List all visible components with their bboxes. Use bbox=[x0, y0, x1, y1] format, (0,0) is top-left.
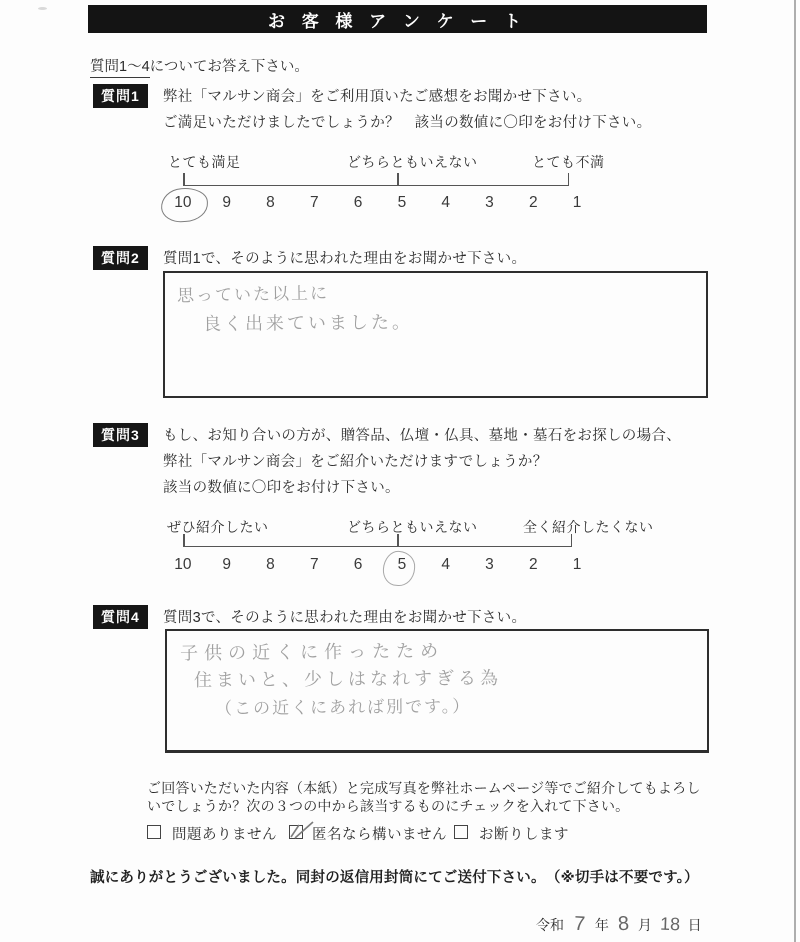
q3-scale-number-3[interactable]: 3 bbox=[468, 556, 512, 574]
q1-scale-numbers: 10 9 8 7 6 5 4 3 2 1 bbox=[161, 194, 599, 212]
q1-scale-bracket bbox=[183, 172, 569, 186]
q4-handwritten-line2: 住まいと、少しはなれすぎる為 bbox=[194, 664, 502, 692]
q3-scale-numbers: 10 9 8 7 6 5 4 3 2 1 bbox=[161, 556, 599, 574]
date-year-handwritten: 7 bbox=[573, 913, 585, 937]
q2-prompt: 質問1で、そのように思われた理由をお聞かせ下さい。 bbox=[163, 246, 526, 272]
q3-scale-number-4[interactable]: 4 bbox=[424, 556, 468, 574]
date-month-handwritten: 8 bbox=[617, 913, 630, 937]
date-day-unit: 日 bbox=[688, 917, 702, 933]
checkbox-no-problem-label[interactable]: 問題ありません bbox=[172, 823, 277, 844]
q2-answer-box[interactable]: 思っていた以上に 良く出来ていました。 bbox=[163, 271, 708, 398]
scan-smudge bbox=[38, 7, 47, 10]
q4-answer-box[interactable]: 子供の近くに作ったため 住まいと、少しはなれすぎる為 （この近くにあれば別です。… bbox=[165, 629, 709, 753]
survey-page: お 客 様 ア ン ケ ー ト 質問1～4についてお答え下さい。 質問1 弊社「… bbox=[0, 0, 800, 942]
checkbox-no-problem[interactable] bbox=[147, 825, 161, 839]
intro-rest: についてお答え下さい。 bbox=[150, 59, 309, 75]
consent-paragraph: ご回答いただいた内容（本紙）と完成写真を弊社ホームページ等でご紹介してもよろし … bbox=[147, 779, 707, 815]
q3-scale-number-1[interactable]: 1 bbox=[555, 556, 599, 574]
q3-label: 質問3 bbox=[93, 423, 148, 447]
checkbox-decline-label[interactable]: お断りします bbox=[479, 823, 569, 844]
q4-prompt: 質問3で、そのように思われた理由をお聞かせ下さい。 bbox=[163, 605, 526, 631]
intro-line: 質問1～4についてお答え下さい。 bbox=[90, 55, 309, 76]
q3-scale-number-2[interactable]: 2 bbox=[511, 556, 555, 574]
q1-selected-circle-mark bbox=[160, 186, 209, 223]
form-title-bar: お 客 様 ア ン ケ ー ト bbox=[88, 5, 707, 33]
q2-handwritten-line2: 良く出来ていました。 bbox=[203, 308, 413, 336]
q1-scale-number-1[interactable]: 1 bbox=[555, 194, 599, 212]
consent-line2: いでしょうか？次の３つの中から該当するものにチェックを入れて下さい。 bbox=[147, 797, 707, 815]
q3-text: もし、お知り合いの方が、贈答品、仏壇・仏具、墓地・墓石をお探しの場合、 弊社「マ… bbox=[163, 423, 723, 501]
q4-handwritten-line1: 子供の近くに作ったため bbox=[180, 637, 444, 666]
q3-text-line1: もし、お知り合いの方が、贈答品、仏壇・仏具、墓地・墓石をお探しの場合、 bbox=[163, 423, 723, 449]
q1-scale-right-label: とても不満 bbox=[532, 152, 605, 172]
q1-scale-number-3[interactable]: 3 bbox=[468, 194, 512, 212]
q4-handwritten-line3: （この近くにあれば別です。） bbox=[215, 692, 471, 719]
q1-scale-number-2[interactable]: 2 bbox=[511, 194, 555, 212]
date-month-unit: 月 bbox=[638, 917, 652, 933]
date-line: 令和 7 年 8 月 18 日 bbox=[536, 913, 786, 936]
q3-scale-bracket bbox=[183, 533, 572, 547]
date-day-handwritten: 18 bbox=[659, 914, 680, 936]
q1-text-line2: ご満足いただけましたでしょうか？ 該当の数値に〇印をお付け下さい。 bbox=[163, 110, 651, 136]
q3-scale-number-9[interactable]: 9 bbox=[205, 556, 249, 574]
intro-underlined: 質問1～4 bbox=[90, 59, 150, 78]
q3-scale-number-6[interactable]: 6 bbox=[336, 556, 380, 574]
q3-bracket-tick-middle bbox=[397, 534, 399, 546]
q1-bracket-tick-middle bbox=[397, 173, 399, 185]
q3-selected-circle-mark bbox=[382, 550, 416, 587]
q1-scale-number-8[interactable]: 8 bbox=[249, 194, 293, 212]
checkbox-decline[interactable] bbox=[454, 825, 468, 839]
q2-label: 質問2 bbox=[93, 246, 148, 270]
checkbox-anonymous-ok-label[interactable]: 匿名なら構いません bbox=[312, 823, 447, 844]
q1-text-line1: 弊社「マルサン商会」をご利用頂いたご感想をお聞かせ下さい。 bbox=[163, 84, 591, 110]
q3-scale-number-8[interactable]: 8 bbox=[249, 556, 293, 574]
q3-bracket-tick-right bbox=[571, 534, 573, 546]
q2-handwritten-line1: 思っていた以上に bbox=[177, 279, 329, 307]
consent-line1: ご回答いただいた内容（本紙）と完成写真を弊社ホームページ等でご紹介してもよろし bbox=[147, 779, 707, 797]
q3-bracket-tick-left bbox=[183, 534, 185, 546]
q1-scale-number-9[interactable]: 9 bbox=[205, 194, 249, 212]
thanks-line: 誠にありがとうございました。同封の返信用封筒にてご送付下さい。 （※切手は不要で… bbox=[90, 866, 699, 887]
q3-text-line2: 弊社「マルサン商会」をご紹介いただけますでしょうか？ bbox=[163, 449, 723, 475]
q3-scale-number-7[interactable]: 7 bbox=[292, 556, 336, 574]
q1-bracket-tick-right bbox=[568, 173, 570, 185]
date-year-unit: 年 bbox=[595, 917, 609, 933]
q4-label: 質問4 bbox=[93, 605, 148, 629]
q1-scale-number-6[interactable]: 6 bbox=[336, 194, 380, 212]
q1-scale-number-7[interactable]: 7 bbox=[292, 194, 336, 212]
date-era: 令和 bbox=[536, 917, 564, 933]
q1-scale-left-label: とても満足 bbox=[168, 152, 241, 172]
q3-text-line3: 該当の数値に〇印をお付け下さい。 bbox=[163, 475, 723, 501]
form-title: お 客 様 ア ン ケ ー ト bbox=[268, 7, 527, 32]
q1-scale-middle-label: どちらともいえない bbox=[347, 152, 478, 172]
q1-label: 質問1 bbox=[93, 84, 148, 108]
scan-artifact-line bbox=[794, 0, 796, 942]
q3-scale-number-10[interactable]: 10 bbox=[161, 556, 205, 574]
q1-scale-number-4[interactable]: 4 bbox=[424, 194, 468, 212]
q1-bracket-tick-left bbox=[183, 173, 185, 185]
q1-scale-number-5[interactable]: 5 bbox=[380, 194, 424, 212]
